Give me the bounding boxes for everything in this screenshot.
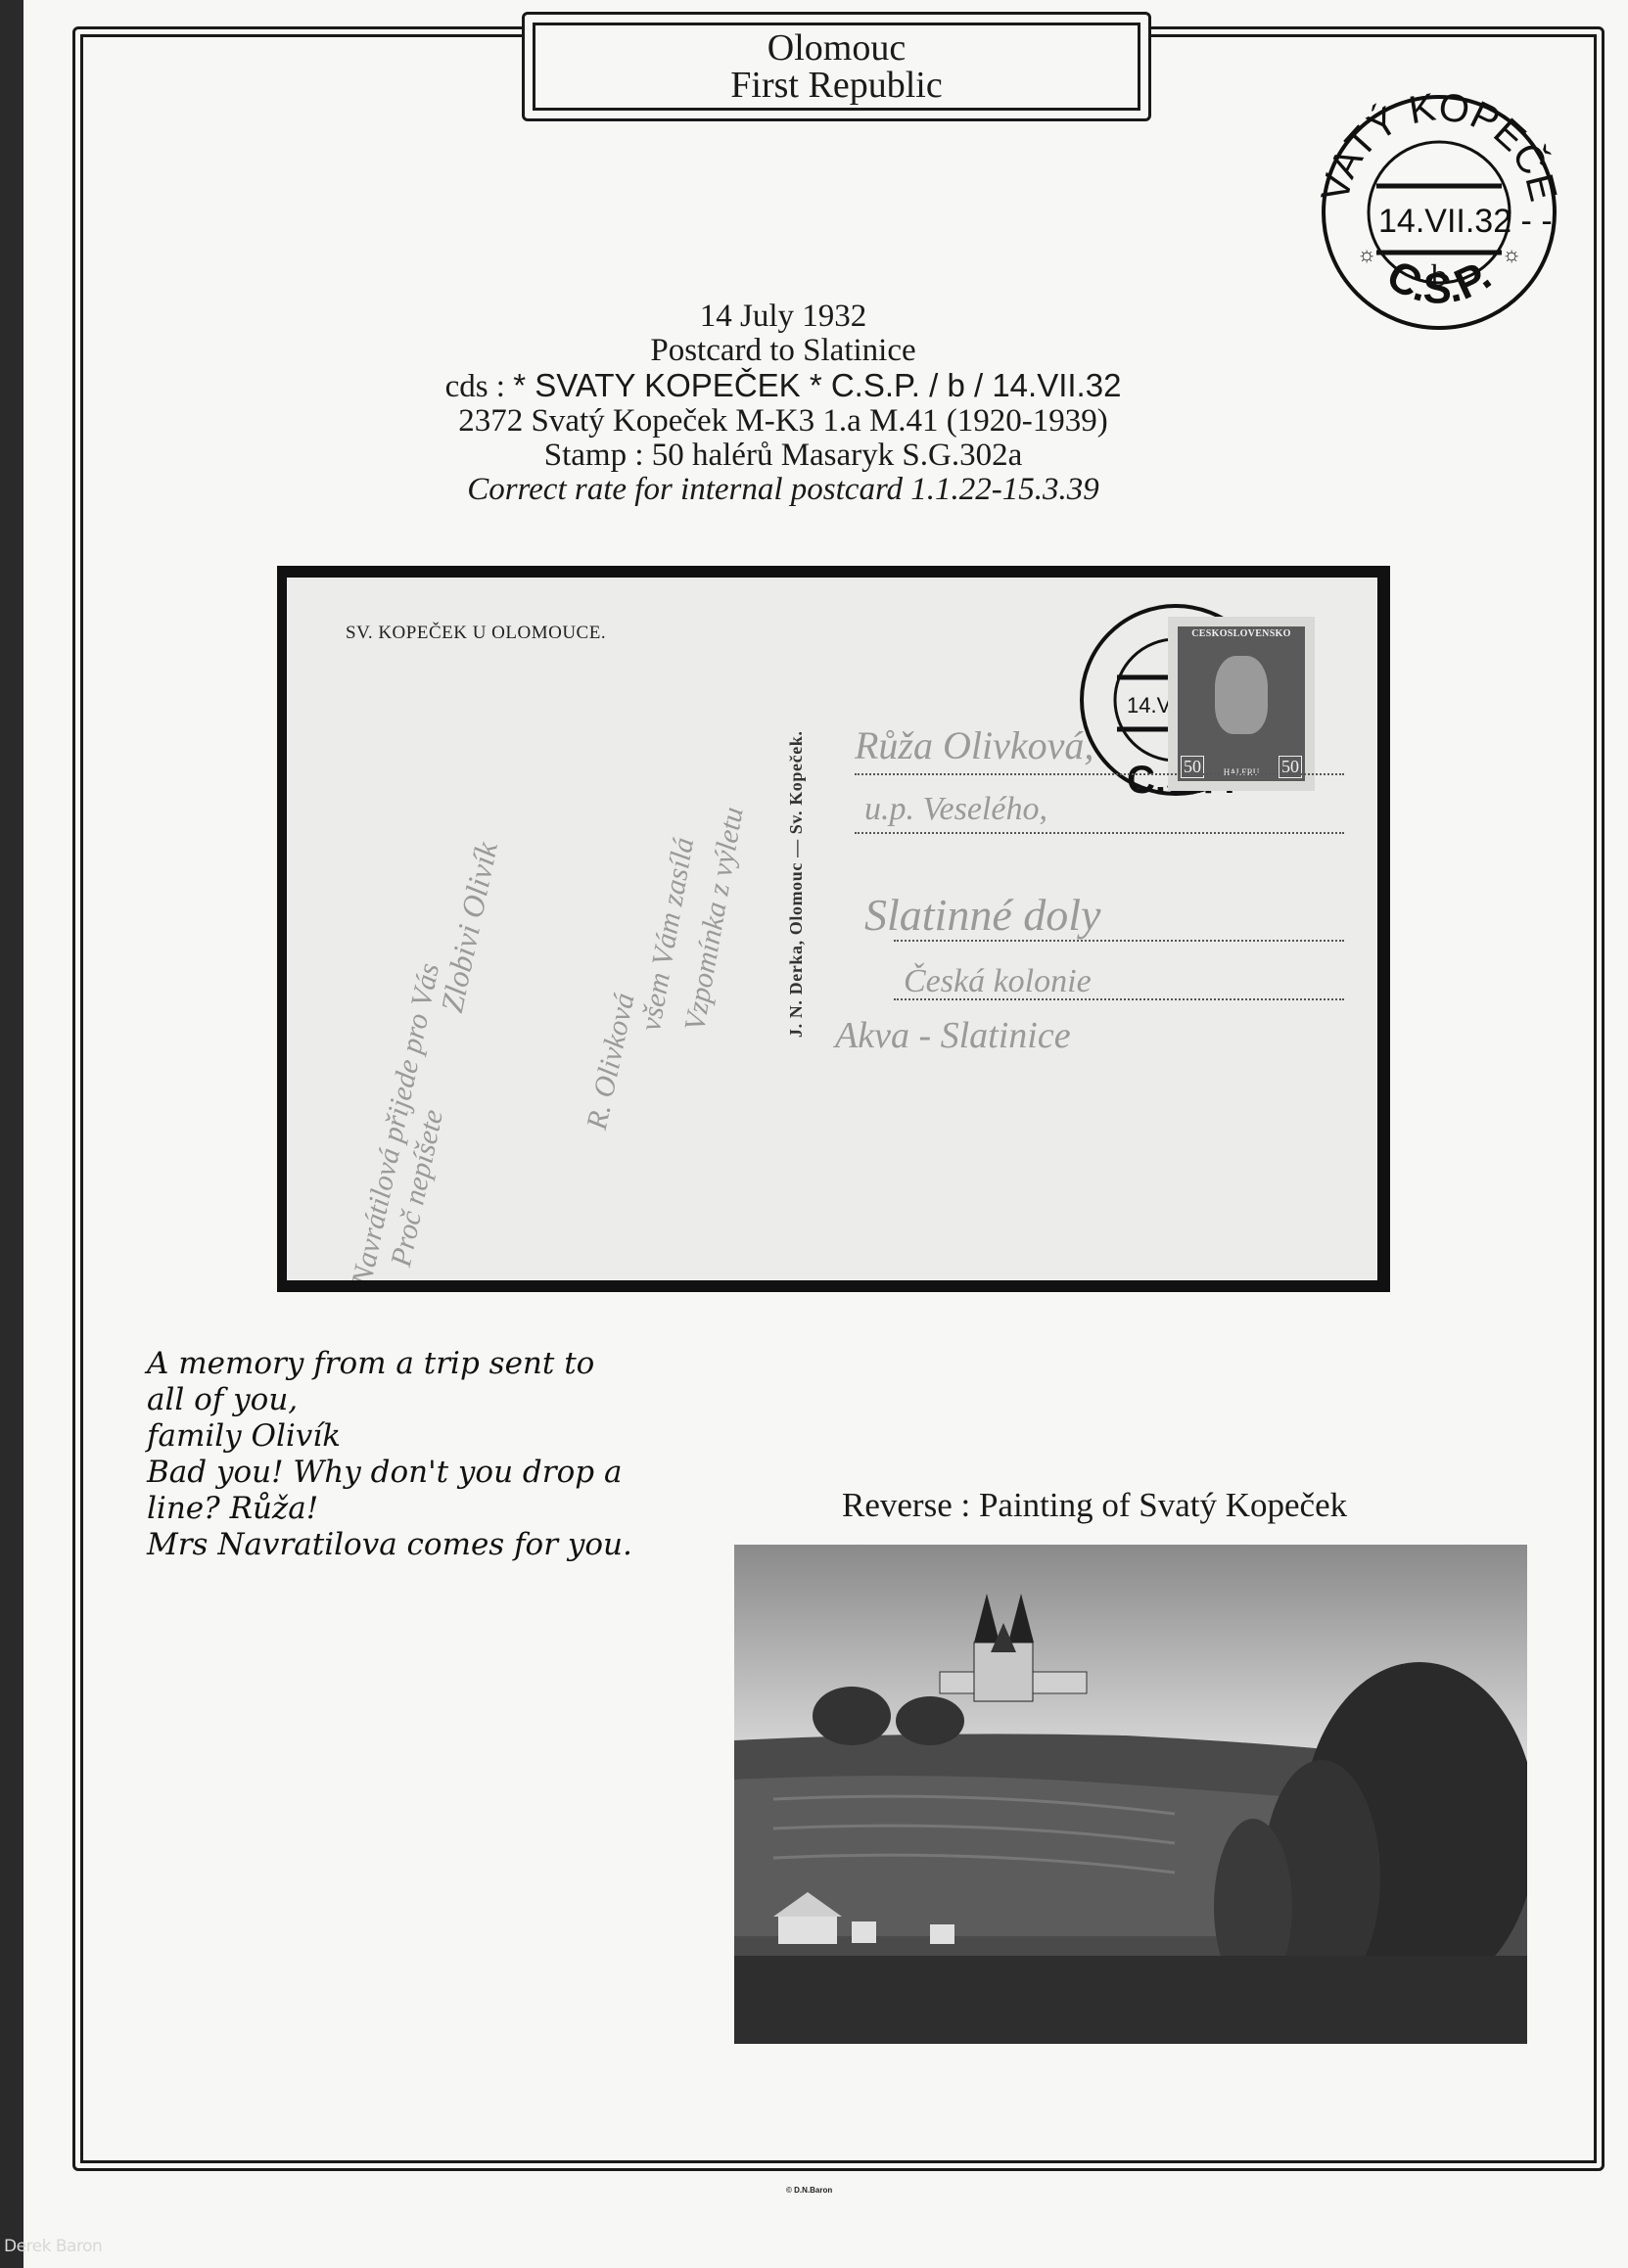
scan-edge-strip — [0, 0, 23, 2268]
address-line: Slatinné doly — [864, 889, 1100, 941]
translation-line: Mrs Navratilova comes for you. — [147, 1527, 632, 1563]
svg-text:☼: ☼ — [1357, 242, 1376, 266]
postage-stamp: CESKOSLOVENSKO 50 HALERU 50 — [1168, 617, 1315, 791]
stamp-country: CESKOSLOVENSKO — [1178, 628, 1305, 639]
postcard-front-image: SV. KOPEČEK U OLOMOUCE. J. N. Derka, Olo… — [287, 578, 1377, 1280]
address-line: u.p. Veselého, — [864, 791, 1047, 828]
masaryk-portrait-icon — [1215, 656, 1268, 734]
handwritten-message-line: R. Olivková — [581, 990, 642, 1133]
reverse-caption: Reverse : Painting of Svatý Kopeček — [842, 1486, 1347, 1525]
cds-seal-icon: SVATÝ KOPEČEK 14.VII.32 - - b C.S.P. ☼ ☼ — [1310, 90, 1568, 335]
title-box: Olomouc First Republic — [522, 12, 1151, 121]
stamp-line: Stamp : 50 halérů Masaryk S.G.302a — [294, 439, 1273, 473]
translation-line: all of you, — [147, 1382, 632, 1418]
translation-line: family Olivík — [147, 1418, 632, 1455]
translation-line: line? Růža! — [147, 1491, 632, 1527]
item-type: Postcard to Slatinice — [294, 334, 1273, 368]
page-title: Olomouc — [767, 29, 906, 67]
postcard-mount: SV. KOPEČEK U OLOMOUCE. J. N. Derka, Olo… — [277, 566, 1390, 1292]
cds-line: cds : * SVATY KOPEČEK * C.S.P. / b / 14.… — [294, 368, 1273, 404]
address-line: Růža Olivková, — [855, 722, 1093, 768]
watermark: Derek Baron — [4, 2237, 102, 2256]
postcard-publisher: J. N. Derka, Olomouc — Sv. Kopeček. — [786, 731, 807, 1039]
catalogue-line: 2372 Svatý Kopeček M-K3 1.a M.41 (1920-1… — [294, 404, 1273, 439]
painting-image — [734, 1545, 1527, 2044]
svg-text:14.VII.32 - -: 14.VII.32 - - — [1378, 203, 1553, 240]
address-line: Česká kolonie — [904, 963, 1092, 1000]
address-line: Akva - Slatinice — [835, 1014, 1071, 1057]
translation-line: Bad you! Why don't you drop a — [147, 1455, 632, 1491]
item-description: 14 July 1932 Postcard to Slatinice cds :… — [294, 300, 1273, 507]
page-subtitle: First Republic — [730, 67, 942, 104]
item-date: 14 July 1932 — [294, 300, 1273, 334]
translation-line: A memory from a trip sent to — [147, 1346, 632, 1382]
svg-text:☼: ☼ — [1502, 242, 1521, 266]
message-translation: A memory from a trip sent to all of you,… — [147, 1346, 632, 1563]
rate-note: Correct rate for internal postcard 1.1.2… — [294, 473, 1273, 507]
copyright-note: © D.N.Baron — [786, 2186, 832, 2195]
handwritten-message-line: Zlobivi Olivík — [434, 839, 505, 1016]
postcard-heading: SV. KOPEČEK U OLOMOUCE. — [346, 623, 606, 644]
